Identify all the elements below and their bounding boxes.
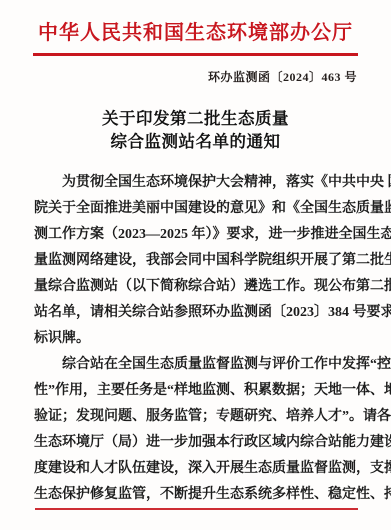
document-title-line-2: 综合监测站名单的通知 <box>0 130 391 153</box>
body-line: 度建设和人才队伍建设，深入开展生态质量监督监测，支撑服务 <box>34 456 358 482</box>
body-line: 测工作方案（2023—2025 年）》要求，进一步推进全国生态质 <box>34 222 358 248</box>
body-line: 综合站在全国生态质量监督监测与评价工作中发挥“控制 <box>34 352 358 378</box>
footer-red-line <box>35 508 358 510</box>
body-line: 验证；发现问题、服务监管；专题研究、培养人才”。请各省级 <box>34 404 358 430</box>
body-line: 生态保护修复监管，不断提升生态系统多样性、稳定性、持续 <box>34 482 358 508</box>
document-page: 中华人民共和国生态环境部办公厅 环办监测函〔2024〕463 号 关于印发第二批… <box>0 0 391 530</box>
body-line: 标识牌。 <box>34 326 358 352</box>
header-red-line <box>33 53 358 56</box>
body-line: 为贯彻全国生态环境保护大会精神，落实《中共中央 国务 <box>34 170 358 196</box>
body-line: 量综合监测站（以下简称综合站）遴选工作。现公布第二批综合 <box>34 274 358 300</box>
document-title-line-1: 关于印发第二批生态质量 <box>0 107 391 130</box>
body-line: 站名单，请相关综合站参照环办监测函〔2023〕384 号要求制作 <box>34 300 358 326</box>
document-number: 环办监测函〔2024〕463 号 <box>208 68 357 85</box>
body-line: 量监测网络建设，我部会同中国科学院组织开展了第二批生态质 <box>34 248 358 274</box>
document-title: 关于印发第二批生态质量 综合监测站名单的通知 <box>0 107 391 153</box>
letterhead-title: 中华人民共和国生态环境部办公厅 <box>0 16 391 45</box>
body-line: 生态环境厅（局）进一步加强本行政区域内综合站能力建设、制 <box>34 430 358 456</box>
document-body: 为贯彻全国生态环境保护大会精神，落实《中共中央 国务 院关于全面推进美丽中国建设… <box>34 170 358 508</box>
body-line: 院关于全面推进美丽中国建设的意见》和《全国生态质量监督监 <box>34 196 358 222</box>
body-line: 性”作用，主要任务是“样地监测、积累数据；天地一体、地面 <box>34 378 358 404</box>
